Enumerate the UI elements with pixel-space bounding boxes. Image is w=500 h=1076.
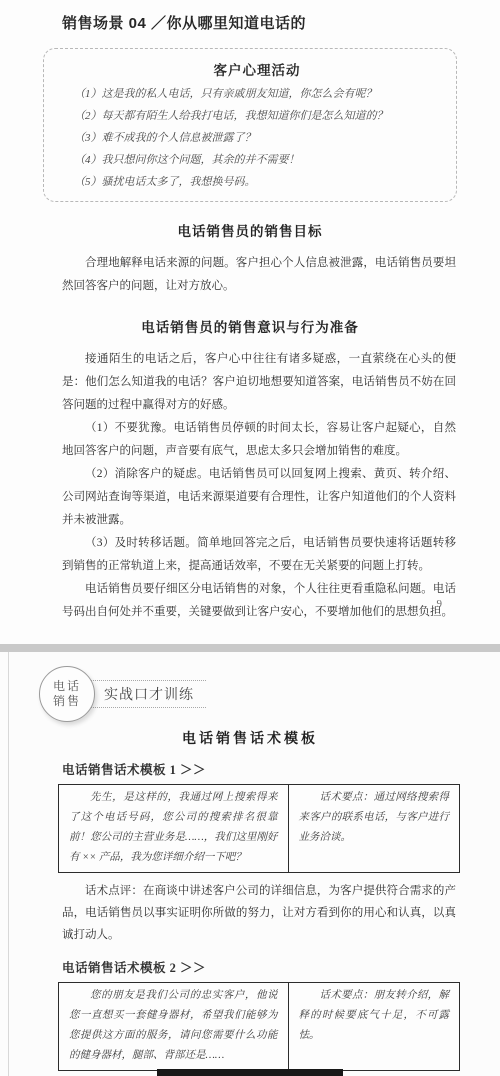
customer-psychology-box: 客户心理活动 （1）这是我的私人电话，只有亲戚朋友知道，你怎么会有呢？ （2）每… xyxy=(43,48,457,202)
brand-logo-circle: 电话 销售 xyxy=(39,666,95,722)
prep-paragraph-3: （2）消除客户的疑虑。电话销售员可以回复网上搜索、黄页、转介绍、公司网站查询等渠… xyxy=(62,463,456,532)
psychology-item-5: （5）骚扰电话太多了，我想换号码。 xyxy=(74,171,440,193)
template-1-table: 先生，是这样的，我通过网上搜索得来了这个电话号码，您公司的搜索排名很靠前！您公司… xyxy=(58,784,460,873)
template-2-keypoints-cell: 话术要点：朋友转介绍，解释的时候要底气十足，不可露怯。 xyxy=(288,983,459,1071)
psychology-item-2: （2）每天都有陌生人给我打电话，我想知道你们是怎么知道的？ xyxy=(74,105,440,127)
template-1-comment: 话术点评：在商谈中讲述客户公司的详细信息，为客户提供符合需求的产品，电话销售员以… xyxy=(62,880,456,946)
page-number: 9 xyxy=(437,598,443,610)
prep-paragraph-5: 电话销售员要仔细区分电话销售的对象，个人往往更看重隐私问题。电话号码出自何处并不… xyxy=(62,578,456,624)
template-1-script-cell: 先生，是这样的，我通过网上搜索得来了这个电话号码，您公司的搜索排名很靠前！您公司… xyxy=(59,785,289,873)
template-1-row: 先生，是这样的，我通过网上搜索得来了这个电话号码，您公司的搜索排名很靠前！您公司… xyxy=(59,785,460,873)
psychology-item-4: （4）我只想问你这个问题，其余的并不需要！ xyxy=(74,149,440,171)
logo-text-bottom: 销售 xyxy=(53,694,81,709)
psychology-item-1: （1）这是我的私人电话，只有亲戚朋友知道，你怎么会有呢？ xyxy=(74,83,440,105)
script-templates-title: 电话销售话术模板 xyxy=(0,728,500,748)
sales-goal-heading: 电话销售员的销售目标 xyxy=(0,220,500,240)
logo-text-top: 电话 xyxy=(53,679,81,694)
book-page-2: 实战口才训练 电话 销售 电话销售话术模板 电话销售话术模板 1 ＞＞ 先生，是… xyxy=(0,652,500,1076)
book-page-1: 销售场景 04 ／你从哪里知道电话的 客户心理活动 （1）这是我的私人电话，只有… xyxy=(0,0,500,644)
template-1-heading: 电话销售话术模板 1 ＞＞ xyxy=(62,760,500,778)
sales-goal-paragraph: 合理地解释电话来源的问题。客户担心个人信息被泄露，电话销售员要坦然回答客户的问题… xyxy=(62,252,456,298)
template-2-script-cell: 您的朋友是我们公司的忠实客户，他说您一直想买一套健身器材，希望我们能够为您提供这… xyxy=(59,983,289,1071)
prep-paragraph-1: 接通陌生的电话之后，客户心中往往有诸多疑惑，一直萦绕在心头的便是：他们怎么知道我… xyxy=(62,348,456,417)
template-1-keypoints-cell: 话术要点：通过网络搜索得来客户的联系电话，与客户进行业务洽谈。 xyxy=(288,785,459,873)
sales-prep-heading: 电话销售员的销售意识与行为准备 xyxy=(0,316,500,336)
book-scan-canvas: 销售场景 04 ／你从哪里知道电话的 客户心理活动 （1）这是我的私人电话，只有… xyxy=(0,0,500,1076)
prep-paragraph-4: （3）及时转移话题。简单地回答完之后，电话销售员要快速将话题转移到销售的正常轨道… xyxy=(62,532,456,578)
next-section-top-bar xyxy=(157,1069,343,1076)
scene-title: 销售场景 04 ／你从哪里知道电话的 xyxy=(62,0,460,33)
prep-paragraph-2: （1）不要犹豫。电话销售员停顿的时间太长，容易让客户起疑心，自然地回答客户的问题… xyxy=(62,417,456,463)
template-2-row: 您的朋友是我们公司的忠实客户，他说您一直想买一套健身器材，希望我们能够为您提供这… xyxy=(59,983,460,1071)
brand-header: 实战口才训练 电话 销售 xyxy=(0,652,500,722)
template-2-table: 您的朋友是我们公司的忠实客户，他说您一直想买一套健身器材，希望我们能够为您提供这… xyxy=(58,982,460,1071)
page-gap-divider xyxy=(0,644,500,652)
psychology-box-title: 客户心理活动 xyxy=(74,59,440,79)
template-2-heading: 电话销售话术模板 2 ＞＞ xyxy=(62,958,500,976)
psychology-item-3: （3）难不成我的个人信息被泄露了？ xyxy=(74,127,440,149)
